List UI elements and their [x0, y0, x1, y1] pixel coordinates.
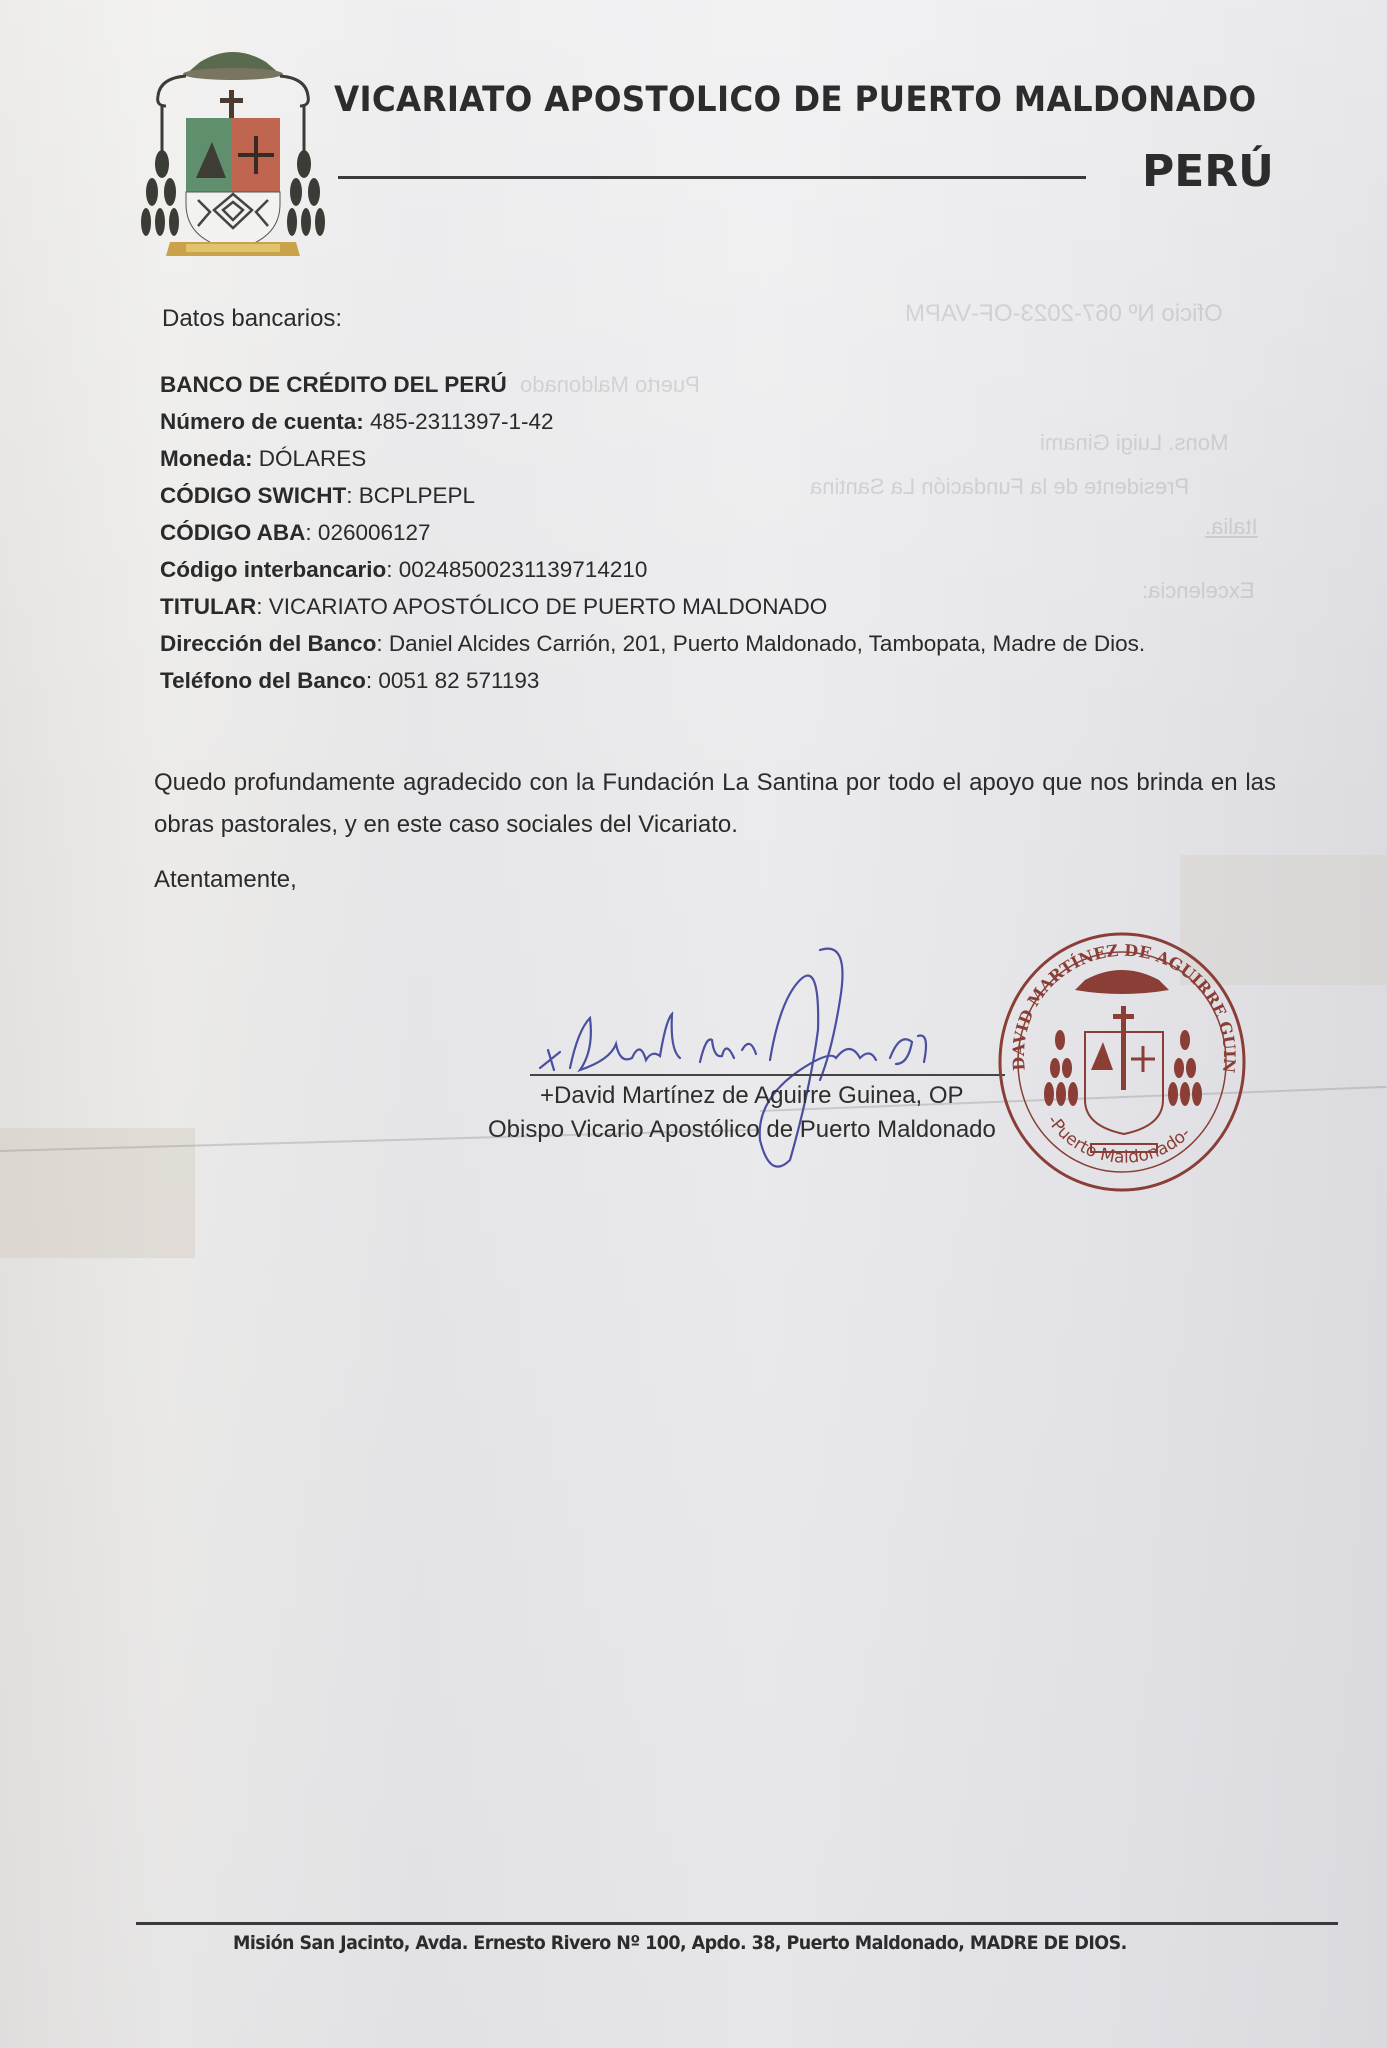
country-label: PERÚ	[1142, 146, 1274, 197]
handwritten-signature-icon	[520, 940, 1000, 1190]
organization-title: VICARIATO APOSTOLICO DE PUERTO MALDONADO	[334, 80, 1256, 120]
field-value: 485-2311397-1-42	[364, 409, 554, 434]
signer-title: Obispo Vicario Apostólico de Puerto Mald…	[488, 1116, 996, 1144]
signature-line	[530, 1074, 1005, 1076]
field-label: TITULAR	[160, 594, 256, 619]
field-value: : Daniel Alcides Carrión, 201, Puerto Ma…	[376, 631, 1145, 656]
svg-text:-Puerto Maldonado-: -Puerto Maldonado-	[1043, 1112, 1195, 1168]
bank-field-aba: CÓDIGO ABA: 026006127	[160, 514, 1145, 551]
official-seal-stamp-icon: DAVID MARTÍNEZ DE AGUIRRE GUINEA .O.P. O…	[985, 920, 1255, 1200]
bank-details-heading: Datos bancarios:	[162, 305, 342, 333]
footer-divider	[136, 1922, 1338, 1925]
bleed-through-text: Oficio Nº 067-2023-OF-VAPM	[905, 300, 1223, 328]
bank-field-address: Dirección del Banco: Daniel Alcides Carr…	[160, 625, 1145, 662]
field-value: : 026006127	[305, 520, 430, 545]
field-label: Dirección del Banco	[160, 631, 376, 656]
field-value: : 00248500231139714210	[386, 557, 647, 582]
field-value: : BCPLPEPL	[346, 483, 475, 508]
footer-address: Misión San Jacinto, Avda. Ernesto Rivero…	[233, 1932, 1127, 1954]
bank-field-swift: CÓDIGO SWICHT: BCPLPEPL	[160, 477, 1145, 514]
field-label: Número de cuenta:	[160, 409, 364, 434]
field-value: DÓLARES	[253, 446, 367, 471]
field-label: Código interbancario	[160, 557, 386, 582]
thanks-paragraph: Quedo profundamente agradecido con la Fu…	[154, 762, 1276, 846]
bank-field-interbank: Código interbancario: 002485002311397142…	[160, 551, 1145, 588]
bank-field-phone: Teléfono del Banco: 0051 82 571193	[160, 662, 1145, 699]
bank-field-currency: Moneda: DÓLARES	[160, 440, 1145, 477]
bank-name: BANCO DE CRÉDITO DEL PERÚ	[160, 366, 1145, 403]
bank-field-holder: TITULAR: VICARIATO APOSTÓLICO DE PUERTO …	[160, 588, 1145, 625]
bank-details-list: BANCO DE CRÉDITO DEL PERÚ Número de cuen…	[160, 366, 1145, 699]
svg-text:DAVID MARTÍNEZ DE AGUIRRE GUIN: DAVID MARTÍNEZ DE AGUIRRE GUINEA .O.P. O…	[985, 920, 1239, 1074]
bleed-through-text: Italia.	[1205, 514, 1258, 540]
bleed-through-text: Excelencia:	[1142, 578, 1255, 604]
field-label: Moneda:	[160, 446, 253, 471]
field-value: : 0051 82 571193	[366, 668, 540, 693]
field-label: Teléfono del Banco	[160, 668, 366, 693]
signer-name: +David Martínez de Aguirre Guinea, OP	[540, 1082, 964, 1110]
field-value: : VICARIATO APOSTÓLICO DE PUERTO MALDONA…	[256, 594, 827, 619]
header-divider	[338, 176, 1086, 179]
coat-of-arms-icon	[140, 44, 326, 260]
field-label: CÓDIGO ABA	[160, 520, 305, 545]
bank-field-account-number: Número de cuenta: 485-2311397-1-42	[160, 403, 1145, 440]
closing-salutation: Atentamente,	[154, 866, 297, 894]
field-label: CÓDIGO SWICHT	[160, 483, 346, 508]
